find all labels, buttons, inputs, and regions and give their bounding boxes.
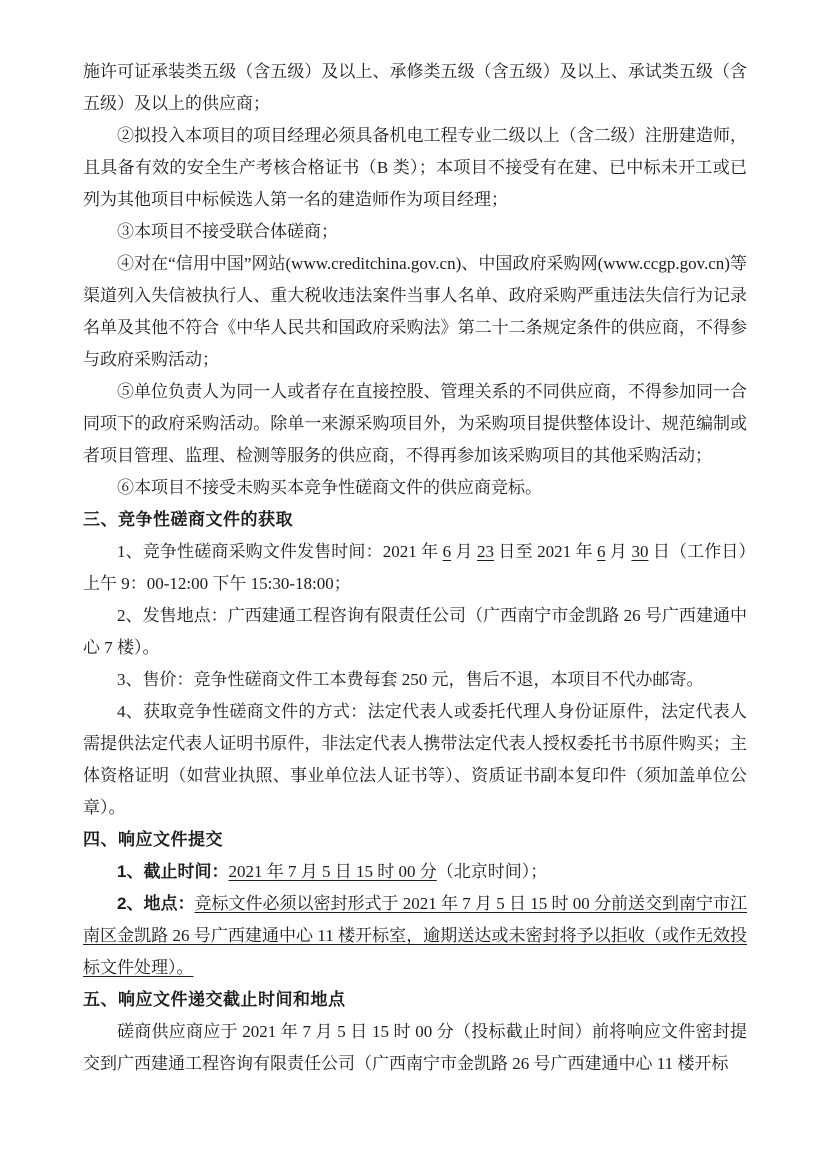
section4-item-1-deadline: 1、截止时间：2021 年 7 月 5 日 15 时 00 分（北京时间）； <box>83 856 747 888</box>
section4-item-2-location: 2、地点：竞标文件必须以密封形式于 2021 年 7 月 5 日 15 时 00… <box>83 888 747 984</box>
underlined-month: 6 <box>597 542 606 561</box>
section3-item-1-sale-time: 1、竞争性磋商采购文件发售时间：2021 年 6 月 23 日至 2021 年 … <box>83 536 747 600</box>
underlined-day: 23 <box>477 542 494 561</box>
text-segment: 月 <box>451 542 477 561</box>
section5-paragraph-submission-instructions: 磋商供应商应于 2021 年 7 月 5 日 15 时 00 分（投标截止时间）… <box>83 1016 747 1080</box>
paragraph-condition-3-no-consortium: ③本项目不接受联合体磋商； <box>83 216 747 248</box>
text-segment: 1、竞争性磋商采购文件发售时间：2021 年 <box>117 542 443 561</box>
section-heading-3-document-acquisition: 三、竞争性磋商文件的获取 <box>83 504 747 536</box>
location-label: 2、地点： <box>117 894 194 913</box>
text-segment: 日至 2021 年 <box>494 542 597 561</box>
section3-item-4-acquisition-method: 4、获取竞争性磋商文件的方式：法定代表人或委托代理人身份证原件，法定代表人需提供… <box>83 696 747 824</box>
paragraph-supplier-qualification-continued: 施许可证承装类五级（含五级）及以上、承修类五级（含五级）及以上、承试类五级（含五… <box>83 56 747 120</box>
paragraph-condition-5-same-responsible-person: ⑤单位负责人为同一人或者存在直接控股、管理关系的不同供应商，不得参加同一合同项下… <box>83 376 747 472</box>
underlined-deadline-datetime: 2021 年 7 月 5 日 15 时 00 分 <box>228 862 436 881</box>
deadline-label: 1、截止时间： <box>117 862 228 881</box>
underlined-day: 30 <box>631 542 648 561</box>
section3-item-2-sale-location: 2、发售地点：广西建通工程咨询有限责任公司（广西南宁市金凯路 26 号广西建通中… <box>83 600 747 664</box>
paragraph-condition-4-credit-china: ④对在“信用中国”网站(www.creditchina.gov.cn)、中国政府… <box>83 248 747 376</box>
underlined-month: 6 <box>443 542 452 561</box>
text-segment: 月 <box>606 542 632 561</box>
paragraph-condition-6-must-purchase-document: ⑥本项目不接受未购买本竞争性磋商文件的供应商竞标。 <box>83 472 747 504</box>
paragraph-condition-2-project-manager: ②拟投入本项目的项目经理必须具备机电工程专业二级以上（含二级）注册建造师，且具备… <box>83 120 747 216</box>
text-segment: （北京时间）； <box>437 862 548 881</box>
section-heading-5-submission-deadline-and-place: 五、响应文件递交截止时间和地点 <box>83 984 747 1016</box>
document-page: 施许可证承装类五级（含五级）及以上、承修类五级（含五级）及以上、承试类五级（含五… <box>0 0 827 1169</box>
section-heading-4-response-document-submission: 四、响应文件提交 <box>83 824 747 856</box>
section3-item-3-price: 3、售价：竞争性磋商文件工本费每套 250 元，售后不退，本项目不代办邮寄。 <box>83 664 747 696</box>
